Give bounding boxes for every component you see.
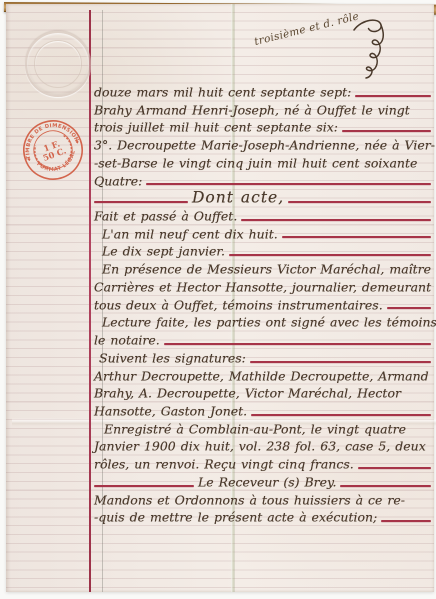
manuscript-line: Mandons et Ordonnons à tous huissiers à … (94, 491, 432, 509)
manuscript-line: En présence de Messieurs Victor Maréchal… (94, 260, 432, 278)
manuscript-line: tous deux à Ouffet, témoins instrumentai… (94, 296, 432, 314)
manuscript-text: Quatre: (94, 172, 142, 190)
manuscript-text: Brahy, A. Decroupette, Victor Maréchal, … (94, 385, 401, 403)
red-fill-rule (340, 485, 431, 487)
manuscript-text: rôles, un renvoi. Reçu vingt cinq francs… (94, 456, 354, 474)
red-fill-rule (251, 414, 431, 416)
manuscript-line: Fait et passé à Ouffet. (94, 207, 432, 225)
manuscript-text: Le dix sept janvier. (102, 243, 225, 261)
manuscript-text: Brahy Armand Henri-Joseph, né à Ouffet l… (94, 101, 410, 119)
red-fill-rule (288, 201, 431, 203)
manuscript-line: Le dix sept janvier. (94, 242, 432, 260)
red-fill-rule (229, 254, 431, 256)
manuscript-line: le notaire. (94, 331, 432, 349)
manuscript-line: Carrières et Hector Hansotte, journalier… (94, 278, 432, 296)
manuscript-text: tous deux à Ouffet, témoins instrumentai… (94, 296, 383, 314)
manuscript-line: rôles, un renvoi. Reçu vingt cinq francs… (94, 455, 432, 473)
paraph-signature-icon (347, 17, 393, 81)
red-fill-rule (358, 467, 431, 469)
red-fill-rule (164, 343, 431, 345)
manuscript-line: L'an mil neuf cent dix huit. (94, 225, 432, 243)
red-fill-rule (381, 520, 431, 522)
red-fill-rule (241, 219, 431, 221)
manuscript-line: Hansotte, Gaston Jonet. (94, 402, 432, 420)
manuscript-text: Mandons et Ordonnons à tous huissiers à … (94, 491, 405, 509)
manuscript-body: douze mars mil huit cent septante sept:B… (94, 83, 432, 526)
red-fill-rule (94, 485, 194, 487)
manuscript-text: Fait et passé à Ouffet. (94, 208, 237, 226)
manuscript-line: -set-Barse le vingt cinq juin mil huit c… (94, 154, 432, 172)
manuscript-line: Lecture faite, les parties ont signé ave… (94, 313, 432, 331)
red-fill-rule (94, 201, 188, 203)
manuscript-text: Janvier 1900 dix huit, vol. 238 fol. 63,… (94, 438, 426, 456)
manuscript-line: Arthur Decroupette, Mathilde Decroupette… (94, 367, 432, 385)
manuscript-text: Enregistré à Comblain-au-Pont, le vingt … (104, 420, 406, 438)
red-fill-rule (282, 236, 431, 238)
manuscript-text: Dont acte, (192, 190, 284, 208)
red-fill-rule (387, 307, 431, 309)
manuscript-line: Brahy Armand Henri-Joseph, né à Ouffet l… (94, 101, 432, 119)
manuscript-text: trois juillet mil huit cent septante six… (94, 119, 338, 137)
manuscript-line: trois juillet mil huit cent septante six… (94, 118, 432, 136)
manuscript-line: Brahy, A. Decroupette, Victor Maréchal, … (94, 384, 432, 402)
manuscript-line: Quatre: (94, 172, 432, 190)
manuscript-text: Arthur Decroupette, Mathilde Decroupette… (94, 367, 429, 385)
red-fill-rule (355, 95, 431, 97)
manuscript-text: Carrières et Hector Hansotte, journalier… (94, 278, 431, 296)
scanned-document-photo: TIMBRE DE DIMENSION FORMAT LÉGAL ♦ ♦ 1 F… (0, 0, 436, 599)
red-fill-rule (146, 183, 431, 185)
manuscript-line: Dont acte, (94, 189, 432, 207)
manuscript-text: Suivent les signatures: (99, 349, 246, 367)
manuscript-text: le notaire. (94, 332, 160, 350)
manuscript-text: En présence de Messieurs Victor Maréchal… (102, 261, 436, 279)
manuscript-text: 3°. Decroupette Marie-Joseph-Andrienne, … (94, 137, 435, 155)
manuscript-text: -quis de mettre le présent acte à exécut… (94, 509, 377, 527)
red-margin-line (89, 10, 91, 592)
red-fill-rule (250, 361, 431, 363)
manuscript-text: Lecture faite, les parties ont signé ave… (102, 314, 436, 332)
manuscript-line: douze mars mil huit cent septante sept: (94, 83, 432, 101)
manuscript-line: Suivent les signatures: (94, 349, 432, 367)
red-fill-rule (342, 130, 431, 132)
manuscript-text: douze mars mil huit cent septante sept: (94, 84, 351, 102)
manuscript-line: Enregistré à Comblain-au-Pont, le vingt … (94, 420, 432, 438)
manuscript-text: Le Receveur (s) Brey. (198, 473, 336, 491)
manuscript-text: L'an mil neuf cent dix huit. (102, 225, 278, 243)
manuscript-line: Le Receveur (s) Brey. (94, 473, 432, 491)
manuscript-text: -set-Barse le vingt cinq juin mil huit c… (94, 154, 417, 172)
embossed-blind-seal (25, 31, 91, 97)
manuscript-text: Hansotte, Gaston Jonet. (94, 402, 247, 420)
manuscript-line: 3°. Decroupette Marie-Joseph-Andrienne, … (94, 136, 432, 154)
manuscript-line: -quis de mettre le présent acte à exécut… (94, 508, 432, 526)
manuscript-line: Janvier 1900 dix huit, vol. 238 fol. 63,… (94, 437, 432, 455)
